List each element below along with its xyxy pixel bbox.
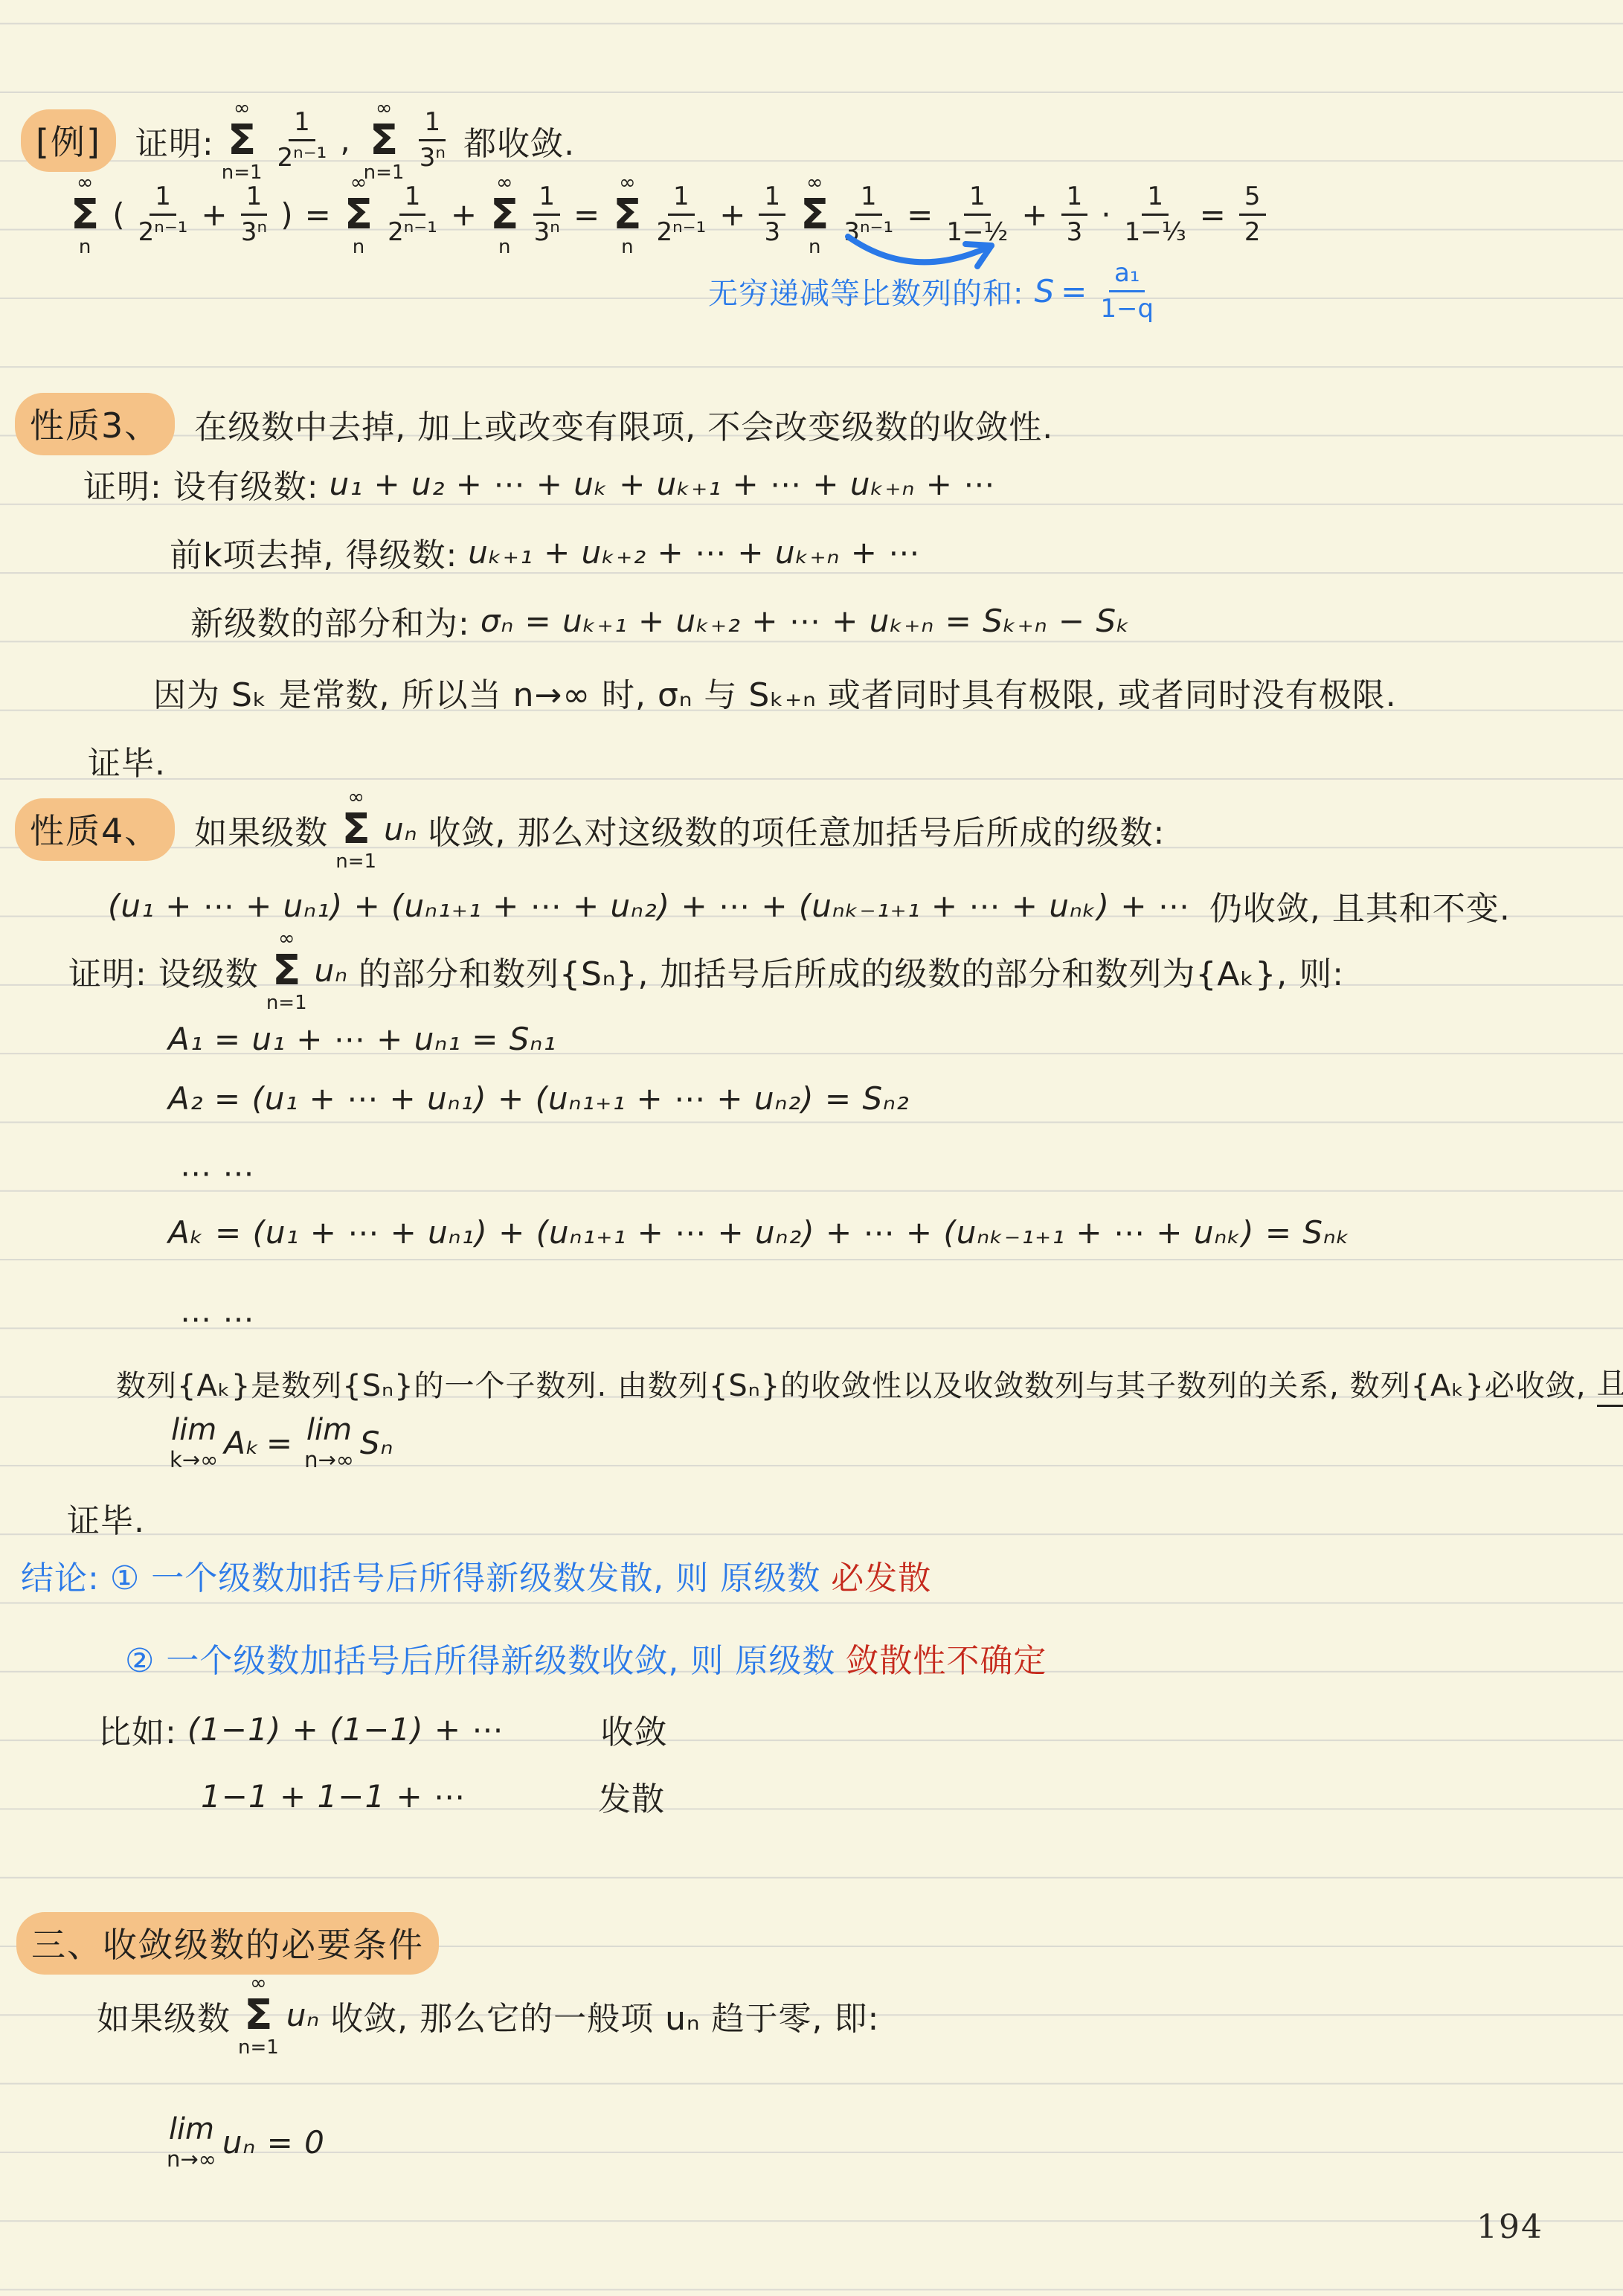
Sn-term: Sₙ — [360, 1425, 393, 1461]
property3-badge: 性质3、 — [15, 393, 175, 455]
A2-formula: A₂ = (u₁ + ⋯ + uₙ₁) + (uₙ₁₊₁ + ⋯ + uₙ₂) … — [168, 1080, 910, 1117]
general-term: uₙ — [315, 952, 348, 989]
plus: + — [719, 196, 745, 233]
section3-body-pre: 如果级数 — [97, 1992, 231, 2039]
proof-label: 证明: 设级数 — [68, 947, 259, 995]
qed-label: 证毕. — [67, 1494, 145, 1542]
Ak-term: Aₖ — [224, 1425, 260, 1461]
sum-symbol: ∞ Σ n=1 — [335, 787, 376, 871]
sum-symbol: ∞ Σ n=1 — [364, 98, 405, 182]
rparen: ) — [280, 196, 292, 233]
sum-symbol: ∞ Σ n — [344, 173, 373, 257]
example2-result: 发散 — [598, 1772, 665, 1820]
conclusion-item2-highlight: 敛散性不确定 — [846, 1634, 1047, 1681]
example-derivation: ∞ Σ n ( 1 2ⁿ⁻¹ + 1 3ⁿ ) = ∞ Σ n 1 2ⁿ⁻¹ +… — [63, 173, 1273, 257]
general-term: uₙ — [384, 811, 417, 847]
property3-header: 性质3、 在级数中去掉, 加上或改变有限项, 不会改变级数的收敛性. — [15, 393, 1053, 455]
property4-header: 性质4、 如果级数 ∞ Σ n=1 uₙ 收敛, 那么对这级数的项任意加括号后所… — [15, 787, 1165, 871]
example-label: 比如: — [98, 1705, 177, 1753]
example2-formula: 1−1 + 1−1 + ⋯ — [201, 1778, 466, 1815]
equals: = — [266, 1425, 292, 1461]
section3-body: 如果级数 ∞ Σ n=1 uₙ 收敛, 那么它的一般项 uₙ 趋于零, 即: — [97, 1973, 879, 2057]
grouped-series-formula: (u₁ + ⋯ + uₙ₁) + (uₙ₁₊₁ + ⋯ + uₙ₂) + ⋯ +… — [108, 888, 1190, 924]
sum-symbol: ∞ Σ n — [71, 173, 99, 257]
property4-proof-intro: 证明: 设级数 ∞ Σ n=1 uₙ 的部分和数列{Sₙ}, 加括号后所成的级数… — [68, 929, 1344, 1013]
example-header: [例] 证明: ∞ Σ n=1 1 2ⁿ⁻¹ , ∞ Σ n=1 1 3ⁿ 都收… — [21, 98, 575, 182]
convergent-example: 比如: (1−1) + (1−1) + ⋯ 收敛 — [98, 1705, 667, 1753]
example1-result: 收敛 — [600, 1705, 667, 1753]
limit-operator: lim n→∞ — [304, 1415, 354, 1471]
divergent-example: 1−1 + 1−1 + ⋯ 发散 — [201, 1772, 665, 1820]
proof-label: 证明: 设有级数: — [83, 460, 319, 507]
fraction: 1 3 — [759, 182, 785, 247]
subsequence-note-text: 数列{Aₖ}是数列{Sₙ}的一个子数列. 由数列{Sₙ}的收敛性以及收敛数列与其… — [116, 1362, 1587, 1405]
conclusion-item2-text: ② 一个级数加括号后所得新级数收敛, 则 原级数 — [125, 1634, 835, 1681]
series-formula: uₖ₊₁ + uₖ₊₂ + ⋯ + uₖ₊ₙ + ⋯ — [468, 534, 920, 571]
ellipsis-row: ⋯ ⋯ — [180, 1155, 254, 1191]
fraction: 1 2ⁿ⁻¹ — [656, 182, 706, 247]
sum-symbol: ∞ Σ n=1 — [222, 98, 263, 182]
fraction: 1 2ⁿ⁻¹ — [277, 108, 327, 173]
page-number: 194 — [1476, 2208, 1543, 2246]
Ak-formula: Aₖ = (u₁ + ⋯ + uₙ₁) + (uₙ₁₊₁ + ⋯ + uₙ₂) … — [168, 1214, 1351, 1251]
equals: = — [1061, 273, 1087, 310]
conclusion-item1: 结论: ① 一个级数加括号后所得新级数发散, 则 原级数 必发散 — [21, 1551, 931, 1599]
qed-label: 证毕. — [88, 737, 166, 784]
both-converge-label: 都收敛. — [463, 117, 575, 164]
property4-badge: 性质4、 — [15, 798, 175, 861]
sum-S: S — [1034, 273, 1055, 310]
proof-intro-post: 的部分和数列{Sₙ}, 加括号后所成的级数的部分和数列为{Aₖ}, 则: — [359, 947, 1344, 995]
property4-statement-post: 收敛, 那么对这级数的项任意加括号后所成的级数: — [428, 806, 1165, 853]
partial-sum-A1: A₁ = u₁ + ⋯ + uₙ₁ = Sₙ₁ — [168, 1021, 556, 1057]
ellipsis-row: ⋯ ⋯ — [180, 1301, 254, 1337]
fraction: 1 3ⁿ — [419, 108, 446, 173]
limit-note: 因为 Sₖ 是常数, 所以当 n→∞ 时, σₙ 与 Sₖ₊ₙ 或者同时具有极限… — [153, 668, 1397, 716]
geometric-series-note: 无穷递减等比数列的和: S = a₁ 1−q — [708, 259, 1161, 324]
conclusion-item1-text: ① 一个级数加括号后所得新级数发散, 则 原级数 — [110, 1551, 820, 1599]
fraction: 1 1−⅓ — [1125, 182, 1186, 247]
remove-label: 前k项去掉, 得级数: — [170, 528, 457, 576]
sum-symbol: ∞ Σ n — [490, 173, 518, 257]
property3-proof-line4: 因为 Sₖ 是常数, 所以当 n→∞ 时, σₙ 与 Sₖ₊ₙ 或者同时具有极限… — [153, 668, 1397, 716]
plus: + — [451, 196, 477, 233]
fraction: 5 2 — [1239, 182, 1266, 247]
equals: = — [1200, 196, 1226, 233]
example1-formula: (1−1) + (1−1) + ⋯ — [187, 1711, 504, 1748]
sum-symbol: ∞ Σ n — [613, 173, 641, 257]
partial-sum-Ak: Aₖ = (u₁ + ⋯ + uₙ₁) + (uₙ₁₊₁ + ⋯ + uₙ₂) … — [168, 1214, 1351, 1251]
fraction: a₁ 1−q — [1100, 259, 1154, 324]
subsequence-note-emphasis: 且有: — [1597, 1360, 1623, 1407]
prove-label: 证明: — [135, 117, 214, 164]
A1-formula: A₁ = u₁ + ⋯ + uₙ₁ = Sₙ₁ — [168, 1021, 556, 1057]
necessary-condition-limit: lim n→∞ uₙ = 0 — [161, 2114, 325, 2170]
cdot: · — [1101, 196, 1111, 233]
property4-grouped-series: (u₁ + ⋯ + uₙ₁) + (uₙ₁₊₁ + ⋯ + uₙ₂) + ⋯ +… — [108, 882, 1511, 929]
plus: + — [201, 196, 227, 233]
fraction: 1 2ⁿ⁻¹ — [138, 182, 188, 247]
limit-operator: lim k→∞ — [170, 1415, 218, 1471]
limit-operator: lim n→∞ — [167, 2114, 216, 2170]
property3-statement: 在级数中去掉, 加上或改变有限项, 不会改变级数的收敛性. — [194, 400, 1053, 448]
property3-proof-line1: 证明: 设有级数: u₁ + u₂ + ⋯ + uₖ + uₖ₊₁ + ⋯ + … — [83, 460, 995, 507]
section3-header: 三、收敛级数的必要条件 — [16, 1912, 439, 1975]
sum-symbol: ∞ Σ n=1 — [238, 1973, 279, 2057]
example-badge: [例] — [21, 109, 116, 172]
fraction: 1 3ⁿ — [241, 182, 268, 247]
subsequence-note: 数列{Aₖ}是数列{Sₙ}的一个子数列. 由数列{Sₙ}的收敛性以及收敛数列与其… — [116, 1360, 1623, 1407]
property3-qed: 证毕. — [88, 737, 166, 784]
equals: = — [573, 196, 600, 233]
partial-sum-label: 新级数的部分和为: — [190, 597, 470, 644]
note-label: 无穷递减等比数列的和: — [708, 270, 1023, 312]
lparen: ( — [112, 196, 124, 233]
general-term: uₙ — [286, 1997, 320, 2033]
plus: + — [1021, 196, 1047, 233]
conclusion-item2: ② 一个级数加括号后所得新级数收敛, 则 原级数 敛散性不确定 — [125, 1634, 1047, 1681]
limit-equality: lim k→∞ Aₖ = lim n→∞ Sₙ — [164, 1415, 393, 1471]
property4-qed: 证毕. — [67, 1494, 145, 1542]
section3-body-post: 收敛, 那么它的一般项 uₙ 趋于零, 即: — [330, 1992, 879, 2039]
fraction: 1 3ⁿ — [533, 182, 560, 247]
equals: = — [305, 196, 331, 233]
limit-formula: uₙ = 0 — [222, 2124, 325, 2161]
property3-proof-line2: 前k项去掉, 得级数: uₖ₊₁ + uₖ₊₂ + ⋯ + uₖ₊ₙ + ⋯ — [170, 528, 920, 576]
grouped-series-conclusion: 仍收敛, 且其和不变. — [1209, 882, 1511, 929]
partial-sum-formula: σₙ = uₖ₊₁ + uₖ₊₂ + ⋯ + uₖ₊ₙ = Sₖ₊ₙ − Sₖ — [481, 603, 1131, 639]
series-formula: u₁ + u₂ + ⋯ + uₖ + uₖ₊₁ + ⋯ + uₖ₊ₙ + ⋯ — [330, 466, 996, 502]
ellipsis: ⋯ ⋯ — [180, 1301, 254, 1337]
fraction: 1 3 — [1061, 182, 1088, 247]
fraction: 1 2ⁿ⁻¹ — [388, 182, 437, 247]
sum-symbol: ∞ Σ n=1 — [266, 929, 307, 1013]
property3-proof-line3: 新级数的部分和为: σₙ = uₖ₊₁ + uₖ₊₂ + ⋯ + uₖ₊ₙ = … — [190, 597, 1131, 644]
conclusion-label: 结论: — [21, 1551, 100, 1599]
sum-symbol: ∞ Σ n — [800, 173, 829, 257]
conclusion-item1-highlight: 必发散 — [831, 1551, 931, 1599]
comma: , — [340, 122, 350, 158]
property4-statement-pre: 如果级数 — [194, 806, 328, 853]
section3-title: 三、收敛级数的必要条件 — [16, 1912, 439, 1975]
ellipsis: ⋯ ⋯ — [180, 1155, 254, 1191]
partial-sum-A2: A₂ = (u₁ + ⋯ + uₙ₁) + (uₙ₁₊₁ + ⋯ + uₙ₂) … — [168, 1080, 910, 1117]
notebook-page: [例] 证明: ∞ Σ n=1 1 2ⁿ⁻¹ , ∞ Σ n=1 1 3ⁿ 都收… — [0, 0, 1623, 2296]
